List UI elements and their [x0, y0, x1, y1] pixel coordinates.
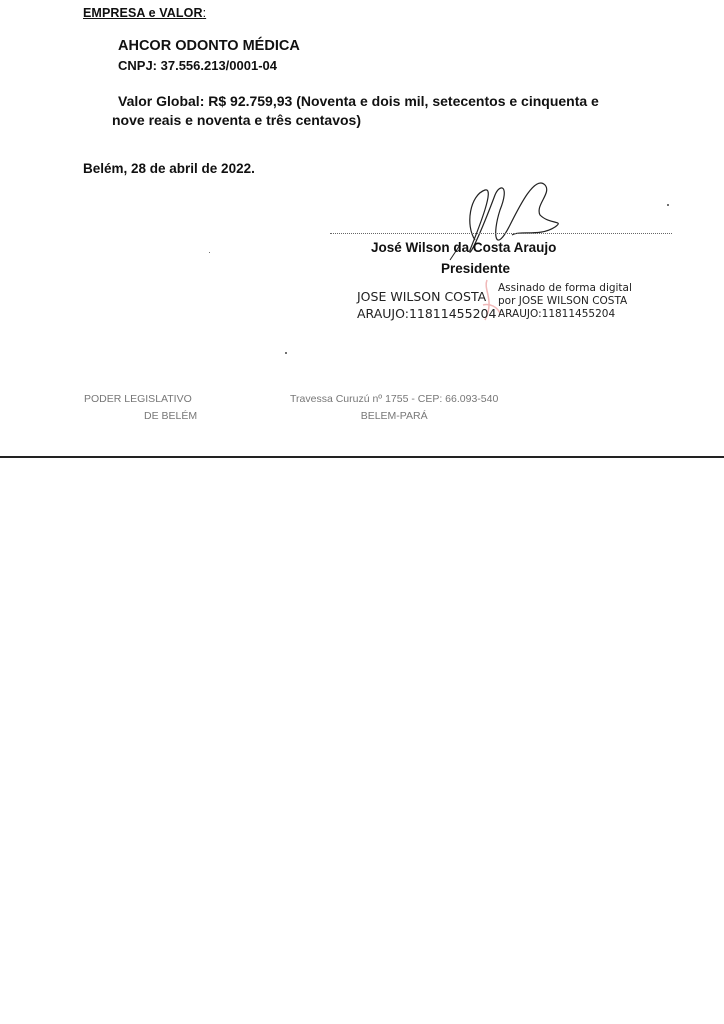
scan-speck	[667, 204, 669, 206]
global-value-line1: Valor Global: R$ 92.759,93 (Noventa e do…	[118, 92, 668, 111]
handwritten-signature-icon	[440, 165, 580, 275]
page-divider	[0, 456, 724, 458]
signature-line	[330, 233, 672, 234]
digital-cert-statement: Assinado de forma digital por JOSE WILSO…	[498, 282, 632, 321]
company-name: AHCOR ODONTO MÉDICA	[118, 38, 300, 54]
section-heading: EMPRESA e VALOR:	[83, 6, 206, 20]
signer-name: José Wilson da Costa Araujo	[371, 240, 556, 255]
global-value-line2: nove reais e noventa e três centavos)	[112, 111, 668, 130]
signer-role: Presidente	[441, 261, 510, 276]
global-value: Valor Global: R$ 92.759,93 (Noventa e do…	[118, 92, 668, 130]
footer-institution: PODER LEGISLATIVO DE BELÉM	[84, 391, 197, 425]
digital-cert-name: JOSE WILSON COSTA ARAUJO:11811455204	[357, 288, 496, 322]
company-cnpj: CNPJ: 37.556.213/0001-04	[118, 58, 277, 73]
scan-speck	[209, 252, 210, 253]
scan-speck	[285, 352, 287, 354]
footer-address: Travessa Curuzú nº 1755 - CEP: 66.093-54…	[290, 391, 498, 425]
document-date: Belém, 28 de abril de 2022.	[83, 161, 255, 176]
